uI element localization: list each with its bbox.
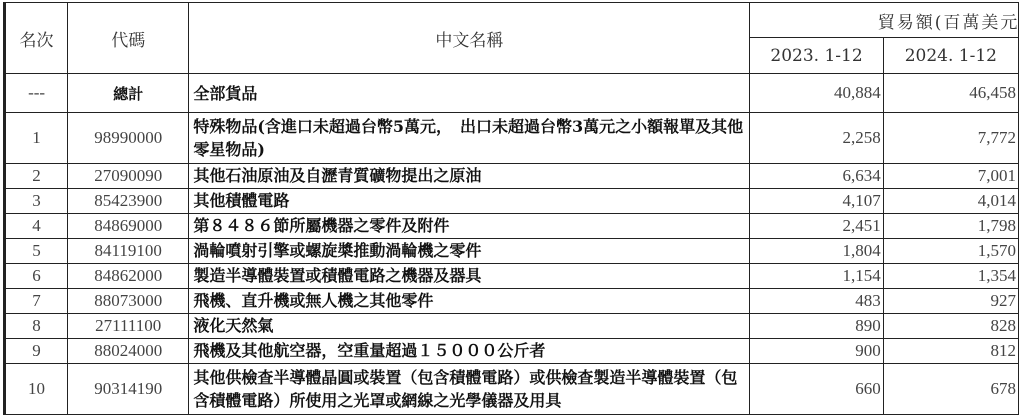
- name-cell: 第８４８６節所屬機器之零件及附件: [189, 214, 750, 239]
- name-cell: 飛機及其他航空器，空重量超過１５０００公斤者: [189, 339, 750, 364]
- rank-cell: 5: [5, 239, 68, 264]
- rank-cell: 2: [5, 164, 68, 189]
- header-code: 代碼: [68, 3, 189, 74]
- table-row: 9 88024000 飛機及其他航空器，空重量超過１５０００公斤者 900 81…: [5, 339, 1019, 364]
- value-2023-cell: 4,107: [750, 189, 883, 214]
- table-row: 10 90314190 其他供檢查半導體晶圓或裝置（包含積體電路）或供檢查製造半…: [5, 364, 1019, 415]
- value-2024-cell: 7,772: [883, 113, 1018, 164]
- rank-cell: 6: [5, 264, 68, 289]
- total-row: --- 總計 全部貨品 40,884 46,458: [5, 74, 1019, 113]
- value-2024-cell: 1,570: [883, 239, 1018, 264]
- rank-cell: 4: [5, 214, 68, 239]
- value-2024-cell: 828: [883, 314, 1018, 339]
- header-trade-value-label: 貿易額(百萬美元): [878, 8, 1019, 33]
- code-cell: 88073000: [68, 289, 189, 314]
- table-row: 8 27111100 液化天然氣 890 828: [5, 314, 1019, 339]
- table-row: 7 88073000 飛機、直升機或無人機之其他零件 483 927: [5, 289, 1019, 314]
- name-cell: 特殊物品(含進口未超過台幣5萬元， 出口未超過台幣3萬元之小額報單及其他零星物品…: [189, 113, 750, 164]
- name-cell: 其他積體電路: [189, 189, 750, 214]
- code-cell: 85423900: [68, 189, 189, 214]
- name-cell: 渦輪噴射引擎或螺旋槳推動渦輪機之零件: [189, 239, 750, 264]
- value-2023-cell: 660: [750, 364, 883, 415]
- header-period-2023: 2023. 1-12: [750, 38, 883, 74]
- value-2023-cell: 890: [750, 314, 883, 339]
- rank-cell: 9: [5, 339, 68, 364]
- value-2023-cell: 6,634: [750, 164, 883, 189]
- value-2023-cell: 900: [750, 339, 883, 364]
- rank-cell: 8: [5, 314, 68, 339]
- name-cell: 其他石油原油及自瀝青質礦物提出之原油: [189, 164, 750, 189]
- rank-cell: 1: [5, 113, 68, 164]
- value-2023-cell: 2,451: [750, 214, 883, 239]
- code-cell: 90314190: [68, 364, 189, 415]
- value-2024-cell: 812: [883, 339, 1018, 364]
- name-cell: 液化天然氣: [189, 314, 750, 339]
- value-2023-cell: 1,804: [750, 239, 883, 264]
- value-2023-cell: 1,154: [750, 264, 883, 289]
- code-cell: 84119100: [68, 239, 189, 264]
- table-row: 4 84869000 第８４８６節所屬機器之零件及附件 2,451 1,798: [5, 214, 1019, 239]
- value-2024-cell: 1,354: [883, 264, 1018, 289]
- name-cell: 製造半導體裝置或積體電路之機器及器具: [189, 264, 750, 289]
- name-cell: 全部貨品: [189, 74, 750, 113]
- header-rank: 名次: [5, 3, 68, 74]
- header-chinese-name: 中文名稱: [189, 3, 750, 74]
- value-2024-cell: 46,458: [883, 74, 1018, 113]
- value-2024-cell: 678: [883, 364, 1018, 415]
- header-period-2024: 2024. 1-12: [883, 38, 1018, 74]
- rank-cell: 3: [5, 189, 68, 214]
- value-2023-cell: 40,884: [750, 74, 883, 113]
- rank-cell: ---: [5, 74, 68, 113]
- value-2023-cell: 2,258: [750, 113, 883, 164]
- name-cell: 其他供檢查半導體晶圓或裝置（包含積體電路）或供檢查製造半導體裝置（包含積體電路）…: [189, 364, 750, 415]
- code-cell: 88024000: [68, 339, 189, 364]
- table-row: 5 84119100 渦輪噴射引擎或螺旋槳推動渦輪機之零件 1,804 1,57…: [5, 239, 1019, 264]
- header-trade-value: 貿易額(百萬美元): [750, 3, 1019, 38]
- table-row: 1 98990000 特殊物品(含進口未超過台幣5萬元， 出口未超過台幣3萬元之…: [5, 113, 1019, 164]
- code-cell: 98990000: [68, 113, 189, 164]
- code-cell: 27111100: [68, 314, 189, 339]
- table-row: 2 27090090 其他石油原油及自瀝青質礦物提出之原油 6,634 7,00…: [5, 164, 1019, 189]
- code-cell: 84862000: [68, 264, 189, 289]
- value-2023-cell: 483: [750, 289, 883, 314]
- rank-cell: 10: [5, 364, 68, 415]
- name-cell: 飛機、直升機或無人機之其他零件: [189, 289, 750, 314]
- rank-cell: 7: [5, 289, 68, 314]
- code-cell: 27090090: [68, 164, 189, 189]
- table-row: 6 84862000 製造半導體裝置或積體電路之機器及器具 1,154 1,35…: [5, 264, 1019, 289]
- value-2024-cell: 1,798: [883, 214, 1018, 239]
- value-2024-cell: 927: [883, 289, 1018, 314]
- table-row: 3 85423900 其他積體電路 4,107 4,014: [5, 189, 1019, 214]
- code-cell: 84869000: [68, 214, 189, 239]
- value-2024-cell: 7,001: [883, 164, 1018, 189]
- code-cell: 總計: [68, 74, 189, 113]
- value-2024-cell: 4,014: [883, 189, 1018, 214]
- trade-ranking-table: 名次 代碼 中文名稱 貿易額(百萬美元) 2023. 1-12 2024. 1-…: [3, 2, 1019, 415]
